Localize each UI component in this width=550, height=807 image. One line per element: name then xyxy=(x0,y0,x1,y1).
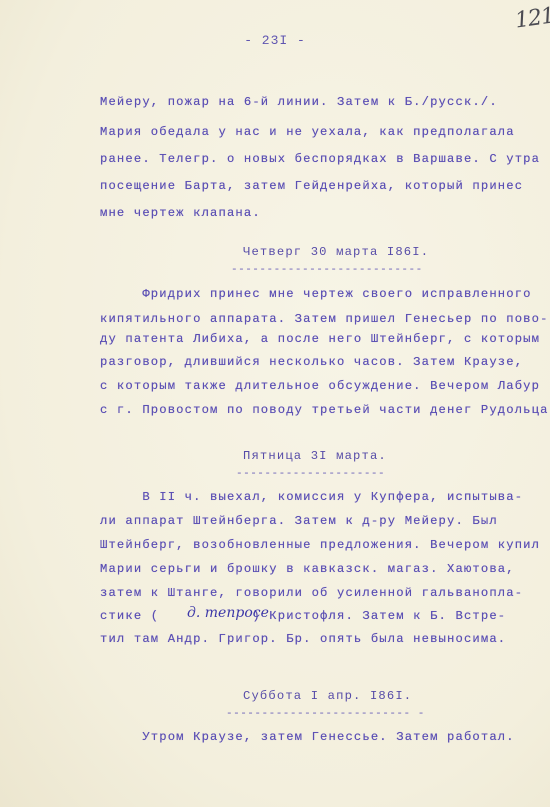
text-line: посещение Барта, затем Гейденрейха, кото… xyxy=(100,179,523,193)
folio-number: 121 xyxy=(513,3,550,33)
text-line: тил там Андр. Григор. Бр. опять была нев… xyxy=(100,632,506,646)
text-line: стике ( ) Кристофля. Затем к Б. Встре- xyxy=(100,609,506,623)
heading-underline: -------------------------- - xyxy=(226,710,425,718)
entry-heading: Четверг 30 марта I86I. xyxy=(243,245,429,259)
text-line: с г. Провостом по поводу третьей части д… xyxy=(100,403,550,417)
text-line: Марии серьги и брошку в кавказск. магаз.… xyxy=(100,562,515,576)
text-line: с которым также длительное обсуждение. В… xyxy=(100,379,540,393)
text-line: кипятильного аппарата. Затем пришел Гене… xyxy=(100,312,549,326)
text-line: ранее. Телегр. о новых беспорядках в Вар… xyxy=(100,152,540,166)
text-line: мне чертеж клапана. xyxy=(100,206,261,220)
heading-underline: --------------------- xyxy=(236,470,385,478)
text-line: Мейеру, пожар на 6-й линии. Затем к Б./р… xyxy=(100,95,498,109)
entry-heading: Суббота I апр. I86I. xyxy=(243,689,412,703)
entry-heading: Пятница 3I марта. xyxy=(243,449,387,463)
page-number: - 23I - xyxy=(0,33,550,48)
text-line: Фридрих принес мне чертеж своего исправл… xyxy=(100,287,532,301)
text-line: Утром Краузе, затем Генессье. Затем рабо… xyxy=(100,730,515,744)
text-line: ду патента Либиха, а после него Штейнбер… xyxy=(100,332,540,346)
handwritten-insertion: д. тепросе xyxy=(187,605,269,621)
document-page: 121 - 23I - Мейеру, пожар на 6-й линии. … xyxy=(0,0,550,807)
text-line: разговор, длившийся несколько часов. Зат… xyxy=(100,355,523,369)
text-line: В II ч. выехал, комиссия у Купфера, испы… xyxy=(100,490,523,504)
text-line: ли аппарат Штейнберга. Затем к д-ру Мейе… xyxy=(100,514,498,528)
text-line: затем к Штанге, говорили об усиленной га… xyxy=(100,586,523,600)
text-line: Мария обедала у нас и не уехала, как пре… xyxy=(100,125,515,139)
heading-underline: --------------------------- xyxy=(231,266,423,274)
text-line: Штейнберг, возобновленные предложения. В… xyxy=(100,538,540,552)
